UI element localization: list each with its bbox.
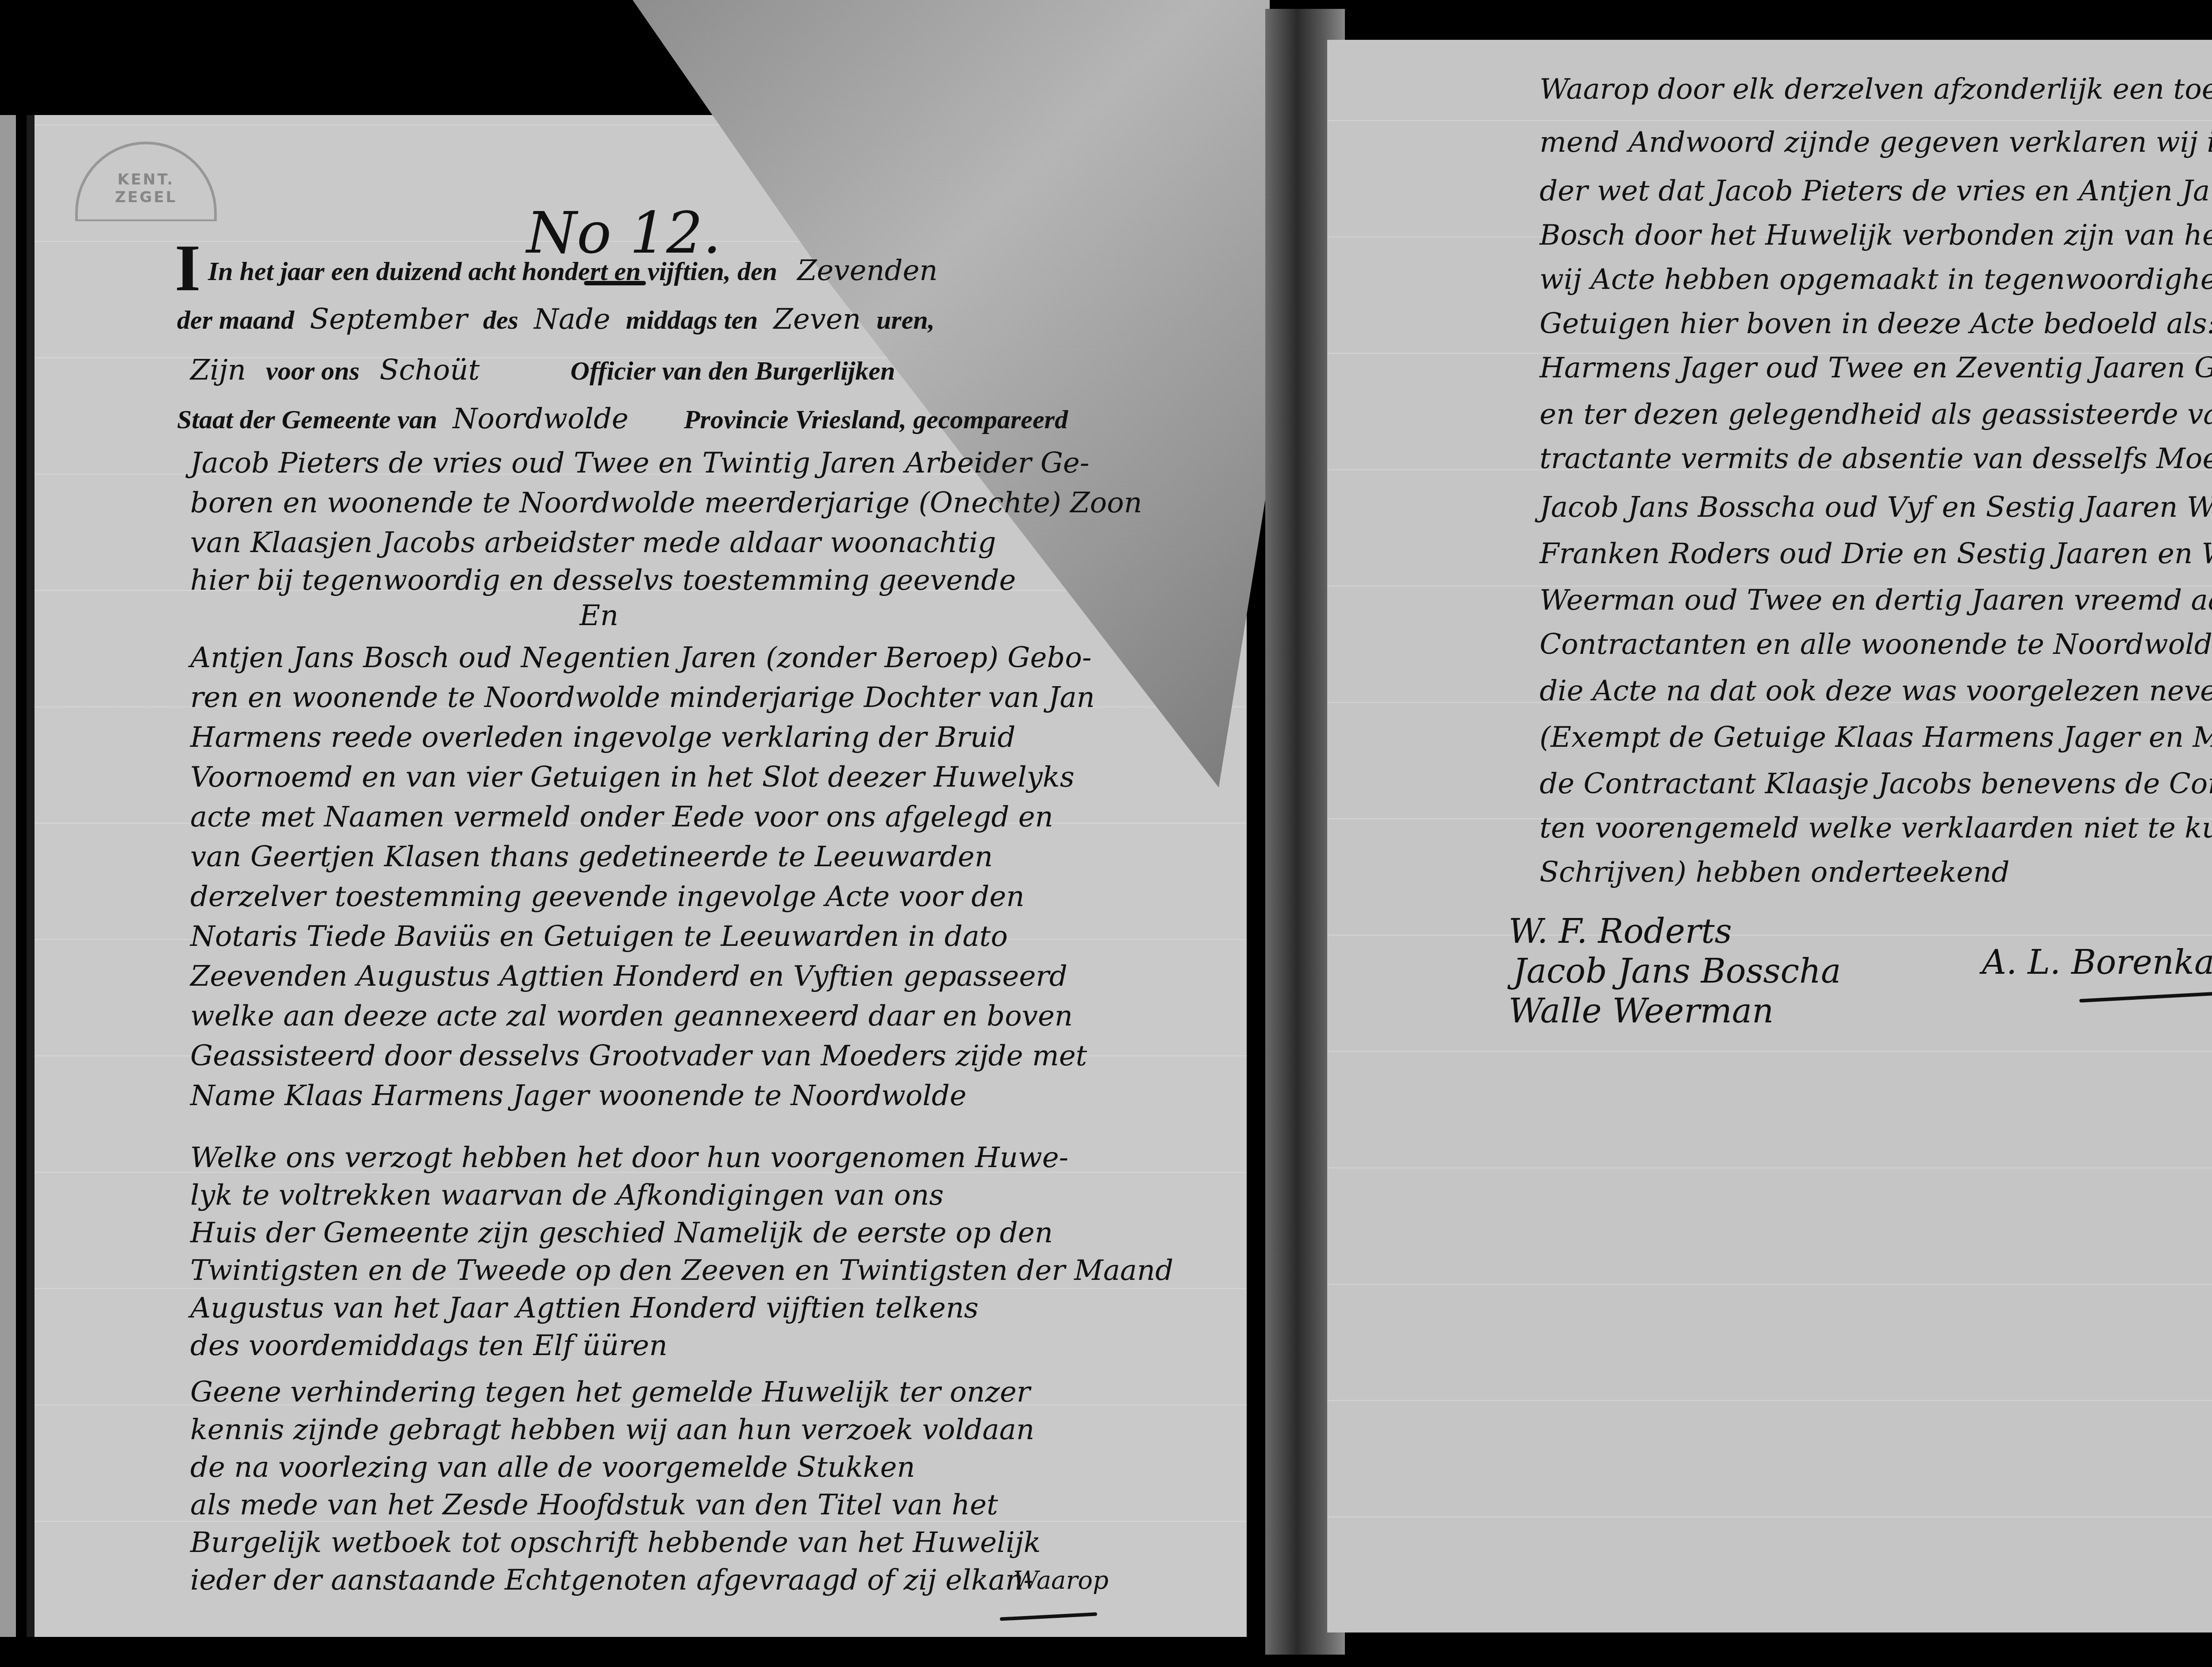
printed-text: voor ons	[266, 356, 360, 385]
bride-line: Zeevenden Augustus Agttien Honderd en Vy…	[190, 960, 1068, 993]
declaration-line: Getuigen hier boven in deeze Acte bedoel…	[1540, 307, 2212, 340]
stamp-line-2: KENT.	[78, 171, 214, 188]
filled-month: September	[310, 303, 467, 336]
impediment-line: Geene verhindering tegen het gemelde Huw…	[190, 1376, 1030, 1409]
form-line-3: Zijn voor ons Schoüt Officier van den Bu…	[190, 354, 895, 387]
impediment-line: de na voorlezing van alle de voorgemelde…	[190, 1451, 915, 1484]
printed-text: Provincie Vriesland, gecompareerd	[684, 405, 1068, 434]
filled-verb: Zijn	[190, 354, 246, 387]
form-line-2: der maand September des Nade middags ten…	[177, 303, 935, 336]
printed-text: Staat der Gemeente van	[177, 405, 437, 434]
groom-line: van Klaasjen Jacobs arbeidster mede alda…	[190, 526, 996, 559]
printed-text: In het jaar een duizend acht hondert en …	[208, 257, 777, 286]
declaration-line: (Exempt de Getuige Klaas Harmens Jager e…	[1540, 721, 2212, 754]
declaration-line: Jacob Jans Bosscha oud Vyf en Sestig Jaa…	[1540, 491, 2212, 524]
bride-line: ren en woonende te Noordwolde minderjari…	[190, 681, 1095, 714]
impediment-line: Burgelijk wetboek tot opschrift hebbende…	[190, 1526, 1041, 1559]
declaration-line: Bosch door het Huwelijk verbonden zijn v…	[1540, 219, 2212, 252]
request-line: des voordemiddags ten Elf üüren	[190, 1329, 668, 1362]
bride-line: Name Klaas Harmens Jager woonende te Noo…	[190, 1079, 967, 1112]
printed-text: middags ten	[626, 305, 758, 334]
bride-line: Voornoemd en van vier Getuigen in het Sl…	[190, 761, 1074, 794]
bride-line: welke aan deeze acte zal worden geannexe…	[190, 1000, 1073, 1033]
declaration-line: Weerman oud Twee en dertig Jaaren vreemd…	[1540, 584, 2212, 617]
bride-line: Notaris Tiede Baviüs en Getuigen te Leeu…	[190, 920, 1008, 953]
request-line: lyk te voltrekken waarvan de Afkondiging…	[190, 1179, 944, 1212]
bride-line: Antjen Jans Bosch oud Negentien Jaren (z…	[190, 641, 1091, 674]
bride-line: Harmens reede overleden ingevolge verkla…	[190, 721, 1016, 754]
impediment-line: als mede van het Zesde Hoofdstuk van den…	[190, 1489, 998, 1521]
groom-line: boren en woonende te Noordwolde meerderj…	[190, 487, 1142, 519]
witness-signature: W. F. Roderts	[1509, 911, 1732, 951]
declaration-line: tractante vermits de absentie van dessel…	[1540, 442, 2212, 475]
declaration-line: ten voorengemeld welke verklaarden niet …	[1540, 812, 2212, 845]
declaration-line: wij Acte hebben opgemaakt in tegenwoordi…	[1540, 263, 2212, 296]
declaration-line: der wet dat Jacob Pieters de vries en An…	[1540, 175, 2212, 207]
impediment-line: ieder der aanstaande Echtgenoten afgevra…	[190, 1564, 1033, 1597]
declaration-line: de Contractant Klaasje Jacobs benevens d…	[1540, 768, 2212, 800]
bride-line: Geassisteerd door desselvs Grootvader va…	[190, 1040, 1087, 1072]
filled-official: Schoüt	[380, 354, 480, 387]
request-line: Augustus van het Jaar Agttien Honderd vi…	[190, 1292, 979, 1325]
filled-day: Zevenden	[797, 254, 938, 287]
declaration-line: en ter dezen gelegendheid als geassistee…	[1540, 398, 2212, 431]
printed-text: uren,	[876, 305, 935, 334]
request-line: Welke ons verzogt hebben het door hun vo…	[190, 1141, 1068, 1174]
declaration-line: die Acte na dat ook deze was voorgelezen…	[1540, 675, 2212, 707]
bride-line: van Geertjen Klasen thans gedetineerde t…	[190, 841, 993, 873]
filled-hour: Zeven	[773, 303, 861, 336]
filled-municipality: Noordwolde	[453, 403, 628, 435]
previous-page-edge	[0, 115, 16, 1637]
form-line-4: Staat der Gemeente van Noordwolde Provin…	[177, 403, 1068, 435]
filled-part-of-day: Nade	[534, 303, 611, 336]
official-signature: A. L. Borenkamp	[1982, 942, 2212, 982]
printed-text: Officier van den Burgerlijken	[570, 356, 895, 385]
groom-line: Jacob Pieters de vries oud Twee en Twint…	[190, 447, 1089, 480]
groom-line: hier bij tegenwoordig en desselvs toeste…	[190, 564, 1016, 597]
request-line: Twintigsten en de Tweede op den Zeeven e…	[190, 1254, 1173, 1287]
request-line: Huis der Gemeente zijn geschied Namelijk…	[190, 1217, 1053, 1249]
impediment-line: kennis zijnde gebragt hebben wij aan hun…	[190, 1413, 1034, 1446]
declaration-line: Franken Roders oud Drie en Sestig Jaaren…	[1540, 538, 2212, 570]
form-line-1: In het jaar een duizend acht hondert en …	[208, 254, 938, 287]
declaration-line: Waarop door elk derzelven afzonderlijk e…	[1540, 73, 2212, 106]
stamp-line-3: ZEGEL	[78, 188, 214, 206]
witness-signature: Walle Weerman	[1509, 991, 1774, 1030]
declaration-line: Contractanten en alle woonende te Noordw…	[1540, 628, 2212, 661]
catchword: Waarop	[1013, 1566, 1109, 1595]
printed-text: des	[483, 305, 518, 334]
bride-line: acte met Naamen vermeld onder Eede voor …	[190, 801, 1053, 833]
printed-text: der maand	[177, 305, 294, 334]
declaration-line: Harmens Jager oud Twee en Zeventig Jaare…	[1540, 352, 2212, 384]
declaration-line: mend Andwoord zijnde gegeven verklaren w…	[1540, 126, 2212, 159]
bride-line: derzelver toestemming geevende ingevolge…	[190, 880, 1025, 913]
declaration-line: Schrijven) hebben onderteekend	[1540, 856, 2009, 889]
witness-signature: Jacob Jans Bosscha	[1513, 951, 1841, 991]
conjunction-en: En	[580, 599, 618, 632]
drop-cap-I: I	[175, 230, 200, 306]
